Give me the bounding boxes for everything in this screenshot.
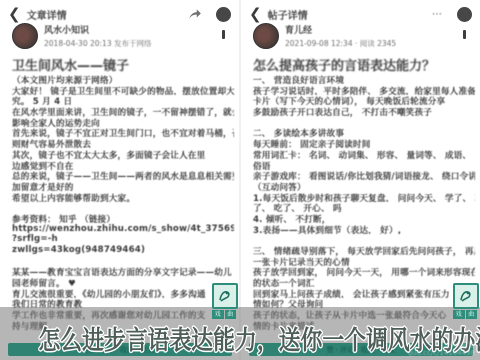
post-title: 怎么提高孩子的言语表达能力？ [253, 55, 472, 74]
text-line: 孩子放学回到家， 问问今天一天， 用哪一个词来形容现在 [253, 266, 475, 277]
stamp-char: 曲 [225, 310, 237, 319]
text-line: 1.每天饭后散步时和孩子聊天复盘， 问问今天、 学了、 玩 [253, 192, 475, 203]
text-line [253, 117, 475, 128]
text-line: 一张卡片记录当天的心情 [253, 256, 475, 267]
text-line: 一、 营造良好语言环境 [253, 74, 475, 85]
author-info: 风水小知识 2018-04-30 20:13 发布于网络 [44, 23, 151, 49]
text-line: 某某——教育宝宝言语表达方面的分享文字记录——幼儿 [12, 266, 234, 277]
stamp-char: 曲 [466, 310, 478, 319]
text-line: 多鼓励孩子开口表达自己， 不打击不嘲笑孩子 [253, 106, 475, 117]
post-body: 一、 营造良好语言环境孩子学习说话时，平时多陪伴、 多交流，给家里每人准备一张卡… [253, 74, 475, 331]
text-line: （本文图片均来源于网络） [12, 74, 234, 85]
stamp-char: 戏 [212, 310, 224, 319]
avatar[interactable] [253, 23, 279, 49]
watermark-url: quu.cc/c/14104438 [408, 349, 475, 357]
text-line: 影响全家人的运势走向 [12, 117, 234, 128]
text-line: 3.表扬——具体到细节（表达， 好）, [253, 224, 475, 235]
stamp-art [212, 283, 238, 309]
text-line: 每天睡前： 固定亲子阅读时间 [253, 138, 475, 149]
text-line: 亲子游戏库： 看图说话/你比划我猜/词语接龙、 绕口令讲 [253, 170, 475, 181]
text-line: 俗语 [253, 160, 475, 171]
text-line: 育儿交流很重要，《幼儿园的小朋友们》，多多沟通 [12, 288, 234, 299]
text-line [12, 256, 234, 267]
text-line: 孩子学习说话时，平时多陪伴、 多交流，给家里每人准备一张 [253, 85, 475, 96]
menu-circle-icon[interactable] [457, 7, 472, 22]
post-timestamp: 2021-09-08 12:34 · 阅读 2345 [285, 38, 396, 49]
text-line: 回到家马上问孩子成绩， 会让孩子感到紧张有压力 ♦今天心 [253, 288, 475, 299]
text-line: 则财气容易外泄散去 [12, 138, 234, 149]
text-line: 究。 5 月 4 日 [12, 95, 234, 106]
stamp-char: 戏 [453, 310, 465, 319]
author-name: 育儿经 [285, 23, 396, 36]
stamp-label: 戏 曲 [453, 310, 477, 319]
text-line: 加留意才是好的 [12, 181, 234, 192]
post-body: （本文图片均来源于网络）大家好！ 镜子是卫生间里不可缺少的物品，摆放位置却大有讲… [12, 74, 234, 331]
text-line: 边感觉到不自在 [12, 160, 234, 171]
right-screenshot: ❮ 帖子详情 ⋯ 育儿经 2021-09-08 12:34 · 阅读 2345 … [241, 0, 480, 360]
author-row: 风水小知识 2018-04-30 20:13 发布于网络 [12, 23, 151, 49]
share-icon[interactable] [188, 8, 202, 20]
text-line: https://wenzhou.zhihu.com/s_show/4t_3756… [12, 224, 234, 235]
stamp-label: 戏 曲 [212, 310, 236, 319]
text-line [253, 234, 475, 245]
text-line: 其次，镜子也不宜太大太多，多面镜子会让人在里 [12, 149, 234, 160]
text-line: 4. 倾听、 不打断， [253, 213, 475, 224]
avatar[interactable] [12, 23, 38, 49]
text-line: 卡片（写下今天的心情词）， 每天晚饭后轮流分享 [253, 95, 475, 106]
watermark-logo: ◎ 戏曲宝 [408, 341, 475, 349]
watermark: ◎ 戏曲宝 quu.cc/c/14104438 [408, 341, 475, 357]
text-line: 的状态一个词汇 [253, 277, 475, 288]
author-info: 育儿经 2021-09-08 12:34 · 阅读 2345 [285, 23, 396, 49]
text-line: 园老师留言。 ♥ [12, 277, 234, 288]
text-line: 三、 情绪疏导别落下， 每天放学回家后先问问孩子， 再用 [253, 245, 475, 256]
right-top-bar: ❮ 帖子详情 ⋯ [249, 5, 472, 23]
text-line: （互动问答） [253, 181, 475, 192]
back-icon[interactable]: ❮ [249, 6, 262, 22]
text-line [12, 202, 234, 213]
text-line: zwllgs=43kog(948749464) [12, 245, 234, 256]
text-line: 首先来说，镜子不宜正对卫生间门口，也不宜对着马桶，否 [12, 127, 234, 138]
text-line: 了、 吃了、 开心、 吗 [253, 202, 475, 213]
menu-circle-icon[interactable] [216, 7, 231, 22]
text-line: 二、 多读绘本多讲故事 [253, 127, 475, 138]
text-line: ?srflg=-h [12, 234, 234, 245]
author-name: 风水小知识 [44, 23, 151, 36]
post-timestamp: 2018-04-30 20:13 发布于网络 [44, 38, 151, 49]
nav-title: 帖子详情 [268, 7, 308, 22]
status-bar-mark [222, 30, 225, 39]
text-line: 参考资料： 知乎 （链接） [12, 213, 234, 224]
text-line: 在风水学里面来讲，卫生间的镜子，一不留神摆错了，就会 [12, 106, 234, 117]
text-line: 总的来说，镜子——卫生间——两者的风水是息息相关需要多 [12, 170, 234, 181]
author-row: 育儿经 2021-09-08 12:34 · 阅读 2345 [253, 23, 396, 49]
post-title: 卫生间风水——镜子 [12, 55, 231, 74]
caption-text: 怎么进步言语表达能力，送你一个调风水的办法 [38, 320, 441, 357]
more-icon[interactable]: ⋯ [432, 9, 443, 20]
stamp-icon: 戏 曲 [212, 283, 236, 319]
stamp-icon: 戏 曲 [453, 283, 477, 319]
screenshot-canvas: ❮ 文章详情 风水小知识 2018-04-30 20:13 发布于网络 卫生间风… [0, 0, 480, 360]
left-top-bar: ❮ 文章详情 [8, 5, 231, 23]
status-bar-mark [463, 30, 466, 39]
left-screenshot: ❮ 文章详情 风水小知识 2018-04-30 20:13 发布于网络 卫生间风… [0, 0, 239, 360]
stamp-art [453, 283, 479, 309]
text-line: 大家好！ 镜子是卫生间里不可缺少的物品，摆放位置却大有讲 [12, 85, 234, 96]
text-line: 希望以上内容能够帮助到大家。 [12, 192, 234, 203]
nav-title: 文章详情 [27, 7, 67, 22]
text-line: 常用词汇卡： 名词、 动词集、 形容、 量词等、 成语、 [253, 149, 475, 160]
back-icon[interactable]: ❮ [8, 6, 21, 22]
